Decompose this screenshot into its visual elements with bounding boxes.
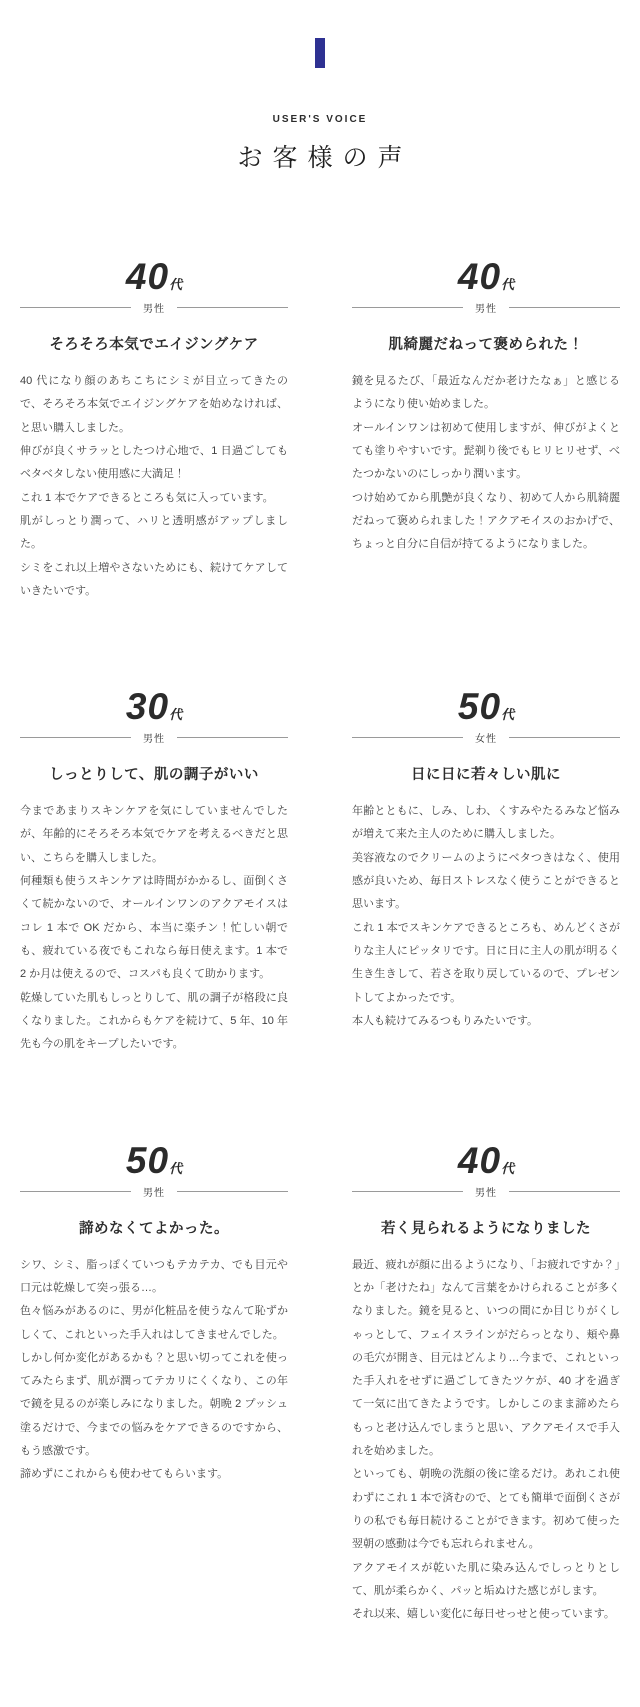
gender-divider: 男性	[20, 730, 288, 745]
section-title: お客様の声	[0, 138, 640, 174]
testimonial-card: 30代 男性 しっとりして、肌の調子がいい 今まであまりスキンケアを気にしていま…	[20, 688, 288, 1056]
age-number: 30	[126, 686, 169, 727]
age-number: 40	[126, 256, 169, 297]
age-number: 40	[458, 1140, 501, 1181]
testimonial-card: 40代 男性 若く見られるようになりました 最近、疲れが顔に出るようになり、「お…	[352, 1142, 620, 1627]
testimonial-card: 40代 男性 そろそろ本気でエイジングケア 40 代になり顔のあちこちにシミが目…	[20, 258, 288, 603]
gender-label: 男性	[463, 300, 509, 315]
testimonial-body: 40 代になり顔のあちこちにシミが目立ってきたので、そろそろ本気でエイジングケア…	[20, 370, 288, 603]
gender-divider: 女性	[352, 730, 620, 745]
divider-line	[177, 737, 288, 738]
testimonial-body: 年齢とともに、しみ、しわ、くすみやたるみなど悩みが増えて来た主人のために購入しま…	[352, 800, 620, 1033]
gender-label: 男性	[131, 300, 177, 315]
age-badge: 50代	[352, 688, 620, 725]
divider-line	[352, 307, 463, 308]
divider-line	[509, 1191, 620, 1192]
divider-line	[352, 1191, 463, 1192]
gender-label: 男性	[131, 1184, 177, 1199]
age-badge: 40代	[20, 258, 288, 295]
section-eyebrow: USER'S VOICE	[0, 114, 640, 125]
accent-bar-icon	[315, 38, 325, 68]
users-voice-section: USER'S VOICE お客様の声 40代 男性 そろそろ本気でエイジングケア…	[0, 0, 640, 1707]
age-badge: 40代	[352, 258, 620, 295]
gender-label: 男性	[463, 1184, 509, 1199]
testimonial-card: 50代 男性 諦めなくてよかった。 シワ、シミ、脂っぽくていつもテカテカ、でも目…	[20, 1142, 288, 1627]
divider-line	[20, 737, 131, 738]
age-number: 40	[458, 256, 501, 297]
testimonial-body: 今まであまりスキンケアを気にしていませんでしたが、年齢的にそろそろ本気でケアを考…	[20, 800, 288, 1056]
divider-line	[177, 307, 288, 308]
age-badge: 30代	[20, 688, 288, 725]
testimonial-headline: 若く見られるようになりました	[352, 1217, 620, 1238]
testimonial-body: 鏡を見るたび、「最近なんだか老けたなぁ」と感じるようになり使い始めました。 オー…	[352, 370, 620, 557]
testimonial-headline: しっとりして、肌の調子がいい	[20, 763, 288, 784]
divider-line	[352, 737, 463, 738]
testimonial-headline: 日に日に若々しい肌に	[352, 763, 620, 784]
age-badge: 50代	[20, 1142, 288, 1179]
divider-line	[509, 737, 620, 738]
age-number: 50	[126, 1140, 169, 1181]
gender-divider: 男性	[352, 1184, 620, 1199]
age-suffix: 代	[501, 1161, 514, 1176]
section-header: USER'S VOICE お客様の声	[0, 0, 640, 174]
age-number: 50	[458, 686, 501, 727]
testimonial-card: 40代 男性 肌綺麗だねって褒められた！ 鏡を見るたび、「最近なんだか老けたなぁ…	[352, 258, 620, 603]
gender-divider: 男性	[20, 300, 288, 315]
testimonial-headline: 肌綺麗だねって褒められた！	[352, 333, 620, 354]
testimonial-headline: そろそろ本気でエイジングケア	[20, 333, 288, 354]
gender-divider: 男性	[20, 1184, 288, 1199]
gender-label: 男性	[131, 730, 177, 745]
age-suffix: 代	[501, 707, 514, 722]
age-suffix: 代	[169, 277, 182, 292]
age-badge: 40代	[352, 1142, 620, 1179]
testimonial-grid: 40代 男性 そろそろ本気でエイジングケア 40 代になり顔のあちこちにシミが目…	[20, 258, 620, 1707]
divider-line	[509, 307, 620, 308]
divider-line	[177, 1191, 288, 1192]
testimonial-body: シワ、シミ、脂っぽくていつもテカテカ、でも目元や口元は乾燥して突っ張る…。 色々…	[20, 1254, 288, 1487]
age-suffix: 代	[501, 277, 514, 292]
testimonial-headline: 諦めなくてよかった。	[20, 1217, 288, 1238]
divider-line	[20, 1191, 131, 1192]
age-suffix: 代	[169, 1161, 182, 1176]
testimonial-card: 50代 女性 日に日に若々しい肌に 年齢とともに、しみ、しわ、くすみやたるみなど…	[352, 688, 620, 1056]
testimonial-body: 最近、疲れが顔に出るようになり、「お疲れですか？」とか「老けたね」なんて言葉をか…	[352, 1254, 620, 1627]
age-suffix: 代	[169, 707, 182, 722]
gender-label: 女性	[463, 730, 509, 745]
gender-divider: 男性	[352, 300, 620, 315]
divider-line	[20, 307, 131, 308]
